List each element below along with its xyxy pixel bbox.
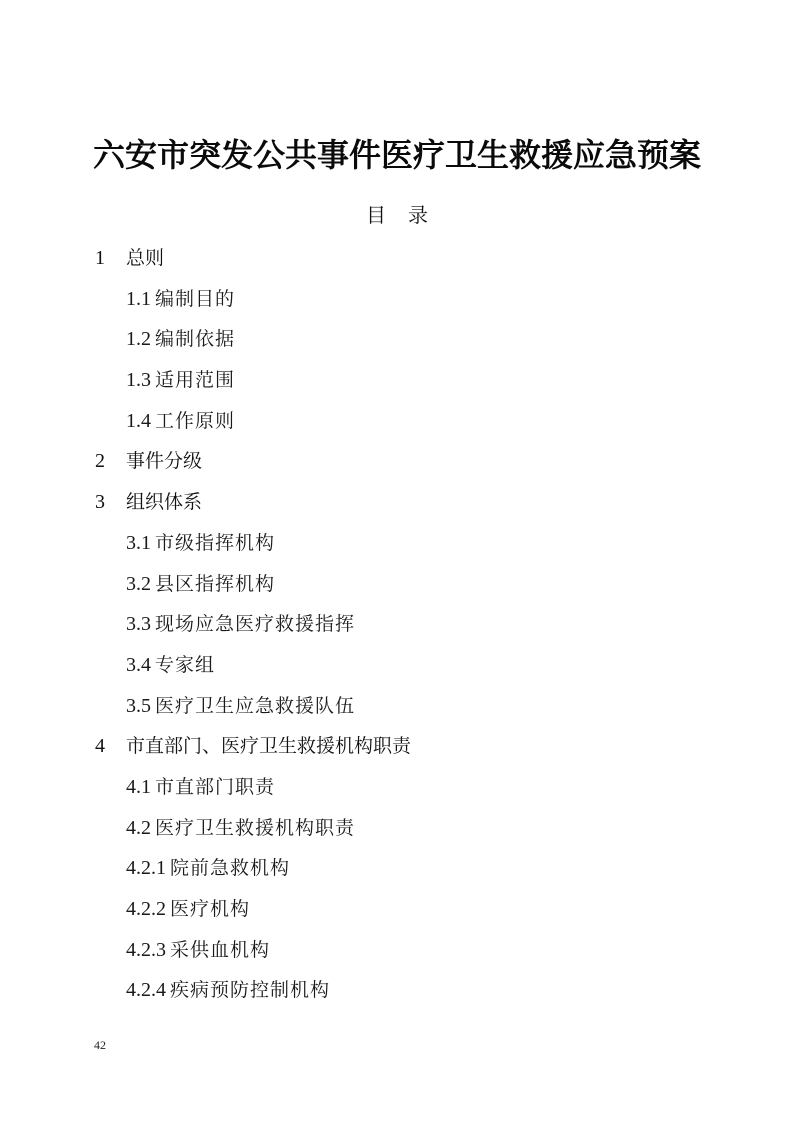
toc-entry-4-2-4[interactable]: 4.2.4疾病预防控制机构 — [0, 970, 794, 1011]
toc-entry-3-2[interactable]: 3.2县区指挥机构 — [0, 564, 794, 605]
toc-entry-section: 3.1 — [126, 532, 151, 554]
toc-entry-section: 3.5 — [126, 695, 151, 717]
toc-heading-char-2: 录 — [408, 200, 428, 230]
toc-entry-section: 3.2 — [126, 573, 151, 595]
toc-entry-4-2-1[interactable]: 4.2.1院前急救机构 — [0, 848, 794, 889]
toc-entry-label: 适用范围 — [155, 369, 235, 391]
toc-entry-label: 医疗卫生救援机构职责 — [155, 817, 355, 839]
toc-entry-4-2-3[interactable]: 4.2.3采供血机构 — [0, 930, 794, 971]
toc-heading-char-1: 目 — [366, 200, 386, 230]
toc-entry-section: 3.4 — [126, 654, 151, 676]
toc-entry-label: 疾病预防控制机构 — [170, 979, 330, 1001]
toc-heading: 目录 — [0, 200, 794, 230]
toc-entry-label: 市级指挥机构 — [155, 532, 275, 554]
toc-entry-label: 编制目的 — [155, 288, 235, 310]
toc-entry-4-1[interactable]: 4.1市直部门职责 — [0, 767, 794, 808]
toc-entry-4-2-2[interactable]: 4.2.2医疗机构 — [0, 889, 794, 930]
toc-entry-label: 编制依据 — [155, 328, 235, 350]
toc-entry-label: 采供血机构 — [170, 939, 270, 961]
toc-entry-section: 4.1 — [126, 776, 151, 798]
toc-entry-3[interactable]: 3 组织体系 — [0, 482, 794, 523]
toc-entry-section: 1.1 — [126, 288, 151, 310]
toc-entry-label: 院前急救机构 — [170, 857, 290, 879]
page-number: 42 — [94, 1038, 106, 1053]
toc-entry-1-4[interactable]: 1.4工作原则 — [0, 401, 794, 442]
toc-entry-3-5[interactable]: 3.5医疗卫生应急救援队伍 — [0, 686, 794, 727]
toc-entry-number: 3 — [95, 482, 105, 522]
toc-entry-label: 工作原则 — [155, 410, 235, 432]
toc-entry-label: 总则 — [126, 238, 164, 278]
toc-entry-3-4[interactable]: 3.4专家组 — [0, 645, 794, 686]
toc-entry-label: 组织体系 — [126, 482, 202, 522]
table-of-contents: 1 总则 1.1编制目的 1.2编制依据 1.3适用范围 1.4工作原则 2 事… — [0, 238, 794, 1011]
toc-entry-section: 4.2.1 — [126, 857, 166, 879]
toc-entry-label: 事件分级 — [126, 441, 202, 481]
toc-entry-3-1[interactable]: 3.1市级指挥机构 — [0, 523, 794, 564]
toc-entry-section: 4.2.3 — [126, 939, 166, 961]
toc-entry-label: 现场应急医疗救援指挥 — [155, 613, 355, 635]
toc-entry-number: 4 — [95, 726, 105, 766]
toc-entry-section: 4.2.2 — [126, 898, 166, 920]
document-title: 六安市突发公共事件医疗卫生救援应急预案 — [0, 133, 794, 177]
toc-entry-section: 4.2.4 — [126, 979, 166, 1001]
toc-entry-1[interactable]: 1 总则 — [0, 238, 794, 279]
toc-entry-label: 专家组 — [155, 654, 215, 676]
toc-entry-4-2[interactable]: 4.2医疗卫生救援机构职责 — [0, 808, 794, 849]
toc-entry-1-2[interactable]: 1.2编制依据 — [0, 319, 794, 360]
toc-entry-label: 市直部门、医疗卫生救援机构职责 — [126, 726, 411, 766]
toc-entry-section: 1.3 — [126, 369, 151, 391]
toc-entry-2[interactable]: 2 事件分级 — [0, 441, 794, 482]
toc-entry-section: 1.4 — [126, 410, 151, 432]
toc-entry-section: 1.2 — [126, 328, 151, 350]
toc-entry-1-3[interactable]: 1.3适用范围 — [0, 360, 794, 401]
toc-entry-label: 医疗机构 — [170, 898, 250, 920]
toc-entry-label: 县区指挥机构 — [155, 573, 275, 595]
toc-entry-section: 3.3 — [126, 613, 151, 635]
toc-entry-4[interactable]: 4 市直部门、医疗卫生救援机构职责 — [0, 726, 794, 767]
toc-entry-number: 1 — [95, 238, 105, 278]
toc-entry-number: 2 — [95, 441, 105, 481]
toc-entry-3-3[interactable]: 3.3现场应急医疗救援指挥 — [0, 604, 794, 645]
toc-entry-label: 医疗卫生应急救援队伍 — [155, 695, 355, 717]
toc-entry-section: 4.2 — [126, 817, 151, 839]
toc-entry-label: 市直部门职责 — [155, 776, 275, 798]
toc-entry-1-1[interactable]: 1.1编制目的 — [0, 279, 794, 320]
